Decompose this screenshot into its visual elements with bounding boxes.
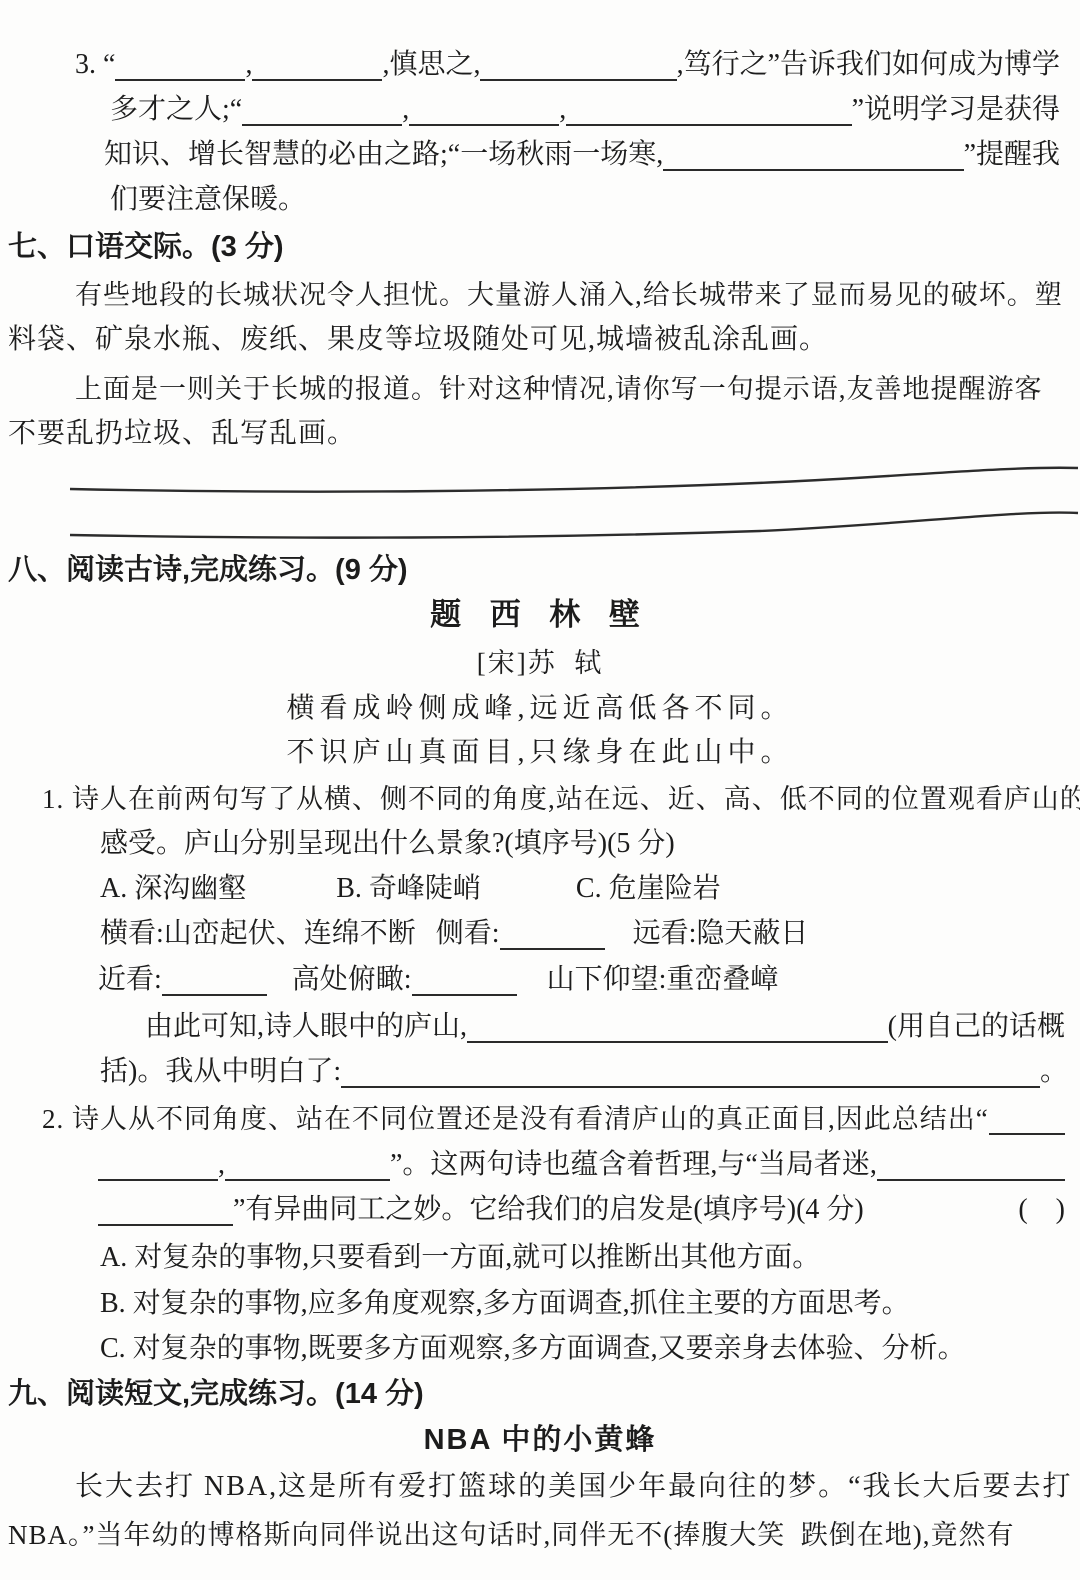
- question-3-line-3: 知识、增长智慧的必由之路;“一场秋雨一场寒,”提醒我: [104, 138, 1060, 172]
- q2-stem-line-1: 2. 诗人从不同角度、站在不同位置还是没有看清庐山的真正面目,因此总结出“: [42, 1102, 1065, 1136]
- answer-blank: [98, 1171, 218, 1181]
- q2-option-a: A. 对复杂的事物,只要看到一方面,就可以推断出其他方面。: [100, 1241, 820, 1275]
- answer-rule-2: [70, 513, 1078, 538]
- q1-summary-line-2: 括)。我从中明白了:。: [100, 1055, 1068, 1089]
- answer-blank: [98, 1216, 233, 1226]
- q1-cekan-label: 侧看:: [436, 917, 500, 951]
- q3-text-segment: ,笃行之”告诉我们如何成为博学: [677, 48, 1060, 82]
- poem-verse: 不识庐山真面目,只缘身在此山中。: [286, 736, 793, 770]
- q3-text-segment: 知识、增长智慧的必由之路;“一场秋雨一场寒,: [104, 138, 663, 172]
- s7-prompt-line-1: 上面是一则关于长城的报道。针对这种情况,请你写一句提示语,友善地提醒游客: [75, 372, 1043, 406]
- answer-blank: [162, 986, 267, 996]
- q1-option-a: A. 深沟幽壑: [100, 872, 246, 906]
- s7-report-text: 料袋、矿泉水瓶、废纸、果皮等垃圾随处可见,城墙被乱涂乱画。: [8, 323, 828, 357]
- q2-option-c-text: C. 对复杂的事物,既要多方面观察,多方面调查,又要亲身去体验、分析。: [100, 1332, 966, 1366]
- q1-option-c: C. 危崖险岩: [576, 872, 721, 906]
- q3-text-segment: 们要注意保暖。: [110, 183, 306, 217]
- section-9-title: 九、阅读短文,完成练习。(14 分): [8, 1377, 424, 1411]
- q1-shanxia-label: 山下仰望:重峦叠嶂: [547, 963, 779, 997]
- s7-prompt-line-2: 不要乱扔垃圾、乱写乱画。: [8, 417, 356, 451]
- s7-report-text: 有些地段的长城状况令人担忧。大量游人涌入,给长城带来了显而易见的破坏。塑: [75, 278, 1063, 312]
- q3-text-segment: ,慎思之,: [382, 48, 480, 82]
- answer-blank: [225, 1171, 390, 1181]
- passage-title: NBA 中的小黄蜂: [0, 1423, 1080, 1457]
- answer-blank: [341, 1078, 1040, 1088]
- passage-text: 长大去打 NBA,这是所有爱打篮球的美国少年最向往的梦。“我长大后要去打: [75, 1470, 1073, 1504]
- q2-comma: ,: [218, 1148, 225, 1182]
- answer-blank: [663, 161, 963, 171]
- answer-blank: [989, 1125, 1065, 1135]
- q3-text-segment: ,: [245, 48, 252, 82]
- question-3-line-1: 3. “,,慎思之,,笃行之”告诉我们如何成为博学: [75, 48, 1060, 82]
- answer-blank: [412, 986, 517, 996]
- poem-line-1: 横看成岭侧成峰,远近高低各不同。: [0, 692, 1080, 726]
- q1-gaochu-label: 高处俯瞰:: [292, 963, 412, 997]
- q3-text-segment: ,: [402, 93, 409, 127]
- answer-blank: [252, 71, 382, 81]
- q1-yuankan-label: 远看:隐天蔽日: [633, 917, 809, 951]
- section-7-title: 七、口语交际。(3 分): [8, 230, 284, 264]
- q1-summary-line-1: 由此可知,诗人眼中的庐山,(用自己的话概: [145, 1010, 1065, 1044]
- q3-text-segment: ”说明学习是获得: [852, 93, 1060, 127]
- q2-option-a-text: A. 对复杂的事物,只要看到一方面,就可以推断出其他方面。: [100, 1241, 820, 1275]
- answer-blank: [566, 116, 851, 126]
- answer-blank: [500, 940, 605, 950]
- q2-option-c: C. 对复杂的事物,既要多方面观察,多方面调查,又要亲身去体验、分析。: [100, 1332, 966, 1366]
- passage-line-1: 长大去打 NBA,这是所有爱打篮球的美国少年最向往的梦。“我长大后要去打: [75, 1470, 1073, 1504]
- q1-hengkan-label: 横看:山峦起伏、连绵不断: [100, 917, 416, 951]
- q2-stem-line-2: ,”。这两句诗也蕴含着哲理,与“当局者迷,: [98, 1148, 1065, 1182]
- answer-blank: [242, 116, 402, 126]
- q1-stem-line-2: 感受。庐山分别呈现出什么景象?(填序号)(5 分): [100, 827, 675, 861]
- s7-prompt-text: 上面是一则关于长城的报道。针对这种情况,请你写一句提示语,友善地提醒游客: [75, 372, 1043, 406]
- q1-option-b: B. 奇峰陡峭: [336, 872, 481, 906]
- passage-text: NBA。”当年幼的博格斯向同伴说出这句话时,同伴无不(捧腹大笑 跌倒在地),竟然…: [8, 1518, 1014, 1552]
- q1-stem-text: 感受。庐山分别呈现出什么景象?(填序号)(5 分): [100, 827, 675, 861]
- q2-stem-text: ”。这两句诗也蕴含着哲理,与“当局者迷,: [390, 1148, 877, 1182]
- answer-blank: [480, 71, 676, 81]
- answer-rules: [0, 458, 1080, 558]
- question-3-line-2: 多才之人;“,,”说明学习是获得: [110, 93, 1060, 127]
- answer-blank: [409, 116, 559, 126]
- poem-author: [宋]苏 轼: [0, 646, 1080, 680]
- question-3-line-4: 们要注意保暖。: [110, 183, 306, 217]
- section-8-heading: 八、阅读古诗,完成练习。(9 分): [8, 553, 408, 587]
- q3-text-segment: 3. “: [75, 48, 115, 82]
- q1-view-row-1: 横看:山峦起伏、连绵不断 侧看: 远看:隐天蔽日: [100, 917, 808, 951]
- q3-text-segment: ,: [559, 93, 566, 127]
- exam-page: 3. “,,慎思之,,笃行之”告诉我们如何成为博学 多才之人;“,,”说明学习是…: [0, 0, 1080, 1580]
- passage-title-text: NBA 中的小黄蜂: [424, 1423, 657, 1457]
- q1-summary-text: 括)。我从中明白了:: [100, 1055, 341, 1089]
- q1-summary-text: 由此可知,诗人眼中的庐山,: [145, 1010, 467, 1044]
- answer-blank: [877, 1171, 1065, 1181]
- answer-blank: [467, 1033, 888, 1043]
- q2-stem-text: ”有异曲同工之妙。它给我们的启发是(填序号)(4 分): [233, 1193, 864, 1227]
- passage-line-2: NBA。”当年幼的博格斯向同伴说出这句话时,同伴无不(捧腹大笑 跌倒在地),竟然…: [8, 1518, 1014, 1552]
- s7-prompt-text: 不要乱扔垃圾、乱写乱画。: [8, 417, 356, 451]
- section-9-heading: 九、阅读短文,完成练习。(14 分): [8, 1377, 424, 1411]
- q1-stem-text: 1. 诗人在前两句写了从横、侧不同的角度,站在远、近、高、低不同的位置观看庐山的: [42, 782, 1080, 816]
- q1-jinkan-label: 近看:: [98, 963, 162, 997]
- q1-stem-line-1: 1. 诗人在前两句写了从横、侧不同的角度,站在远、近、高、低不同的位置观看庐山的: [42, 782, 1080, 816]
- q3-text-segment: 多才之人;“: [110, 93, 242, 127]
- q1-options-row: A. 深沟幽壑 B. 奇峰陡峭 C. 危崖险岩: [100, 872, 721, 906]
- s7-report-line-1: 有些地段的长城状况令人担忧。大量游人涌入,给长城带来了显而易见的破坏。塑: [75, 278, 1063, 312]
- answer-rule-1: [70, 468, 1078, 492]
- q2-answer-bracket: ( ): [1018, 1193, 1065, 1227]
- poem-title: 题 西 林 壁: [0, 598, 1080, 632]
- q3-text-segment: ”提醒我: [964, 138, 1060, 172]
- q2-stem-text: 2. 诗人从不同角度、站在不同位置还是没有看清庐山的真正面目,因此总结出“: [42, 1102, 989, 1136]
- q1-summary-hint: (用自己的话概: [888, 1010, 1065, 1044]
- poem-verse: 横看成岭侧成峰,远近高低各不同。: [286, 692, 793, 726]
- section-7-heading: 七、口语交际。(3 分): [8, 230, 284, 264]
- s7-report-line-2: 料袋、矿泉水瓶、废纸、果皮等垃圾随处可见,城墙被乱涂乱画。: [8, 323, 828, 357]
- poem-line-2: 不识庐山真面目,只缘身在此山中。: [0, 736, 1080, 770]
- q2-option-b-text: B. 对复杂的事物,应多角度观察,多方面调查,抓住主要的方面思考。: [100, 1287, 910, 1321]
- q2-stem-line-3: ”有异曲同工之妙。它给我们的启发是(填序号)(4 分)( ): [98, 1193, 1065, 1227]
- poem-author-text: [宋]苏 轼: [477, 646, 603, 680]
- q1-period: 。: [1040, 1055, 1068, 1089]
- poem-title-text: 题 西 林 壁: [430, 598, 650, 632]
- answer-blank: [115, 71, 245, 81]
- q2-option-b: B. 对复杂的事物,应多角度观察,多方面调查,抓住主要的方面思考。: [100, 1287, 910, 1321]
- section-8-title: 八、阅读古诗,完成练习。(9 分): [8, 553, 408, 587]
- q1-view-row-2: 近看: 高处俯瞰: 山下仰望:重峦叠嶂: [98, 963, 778, 997]
